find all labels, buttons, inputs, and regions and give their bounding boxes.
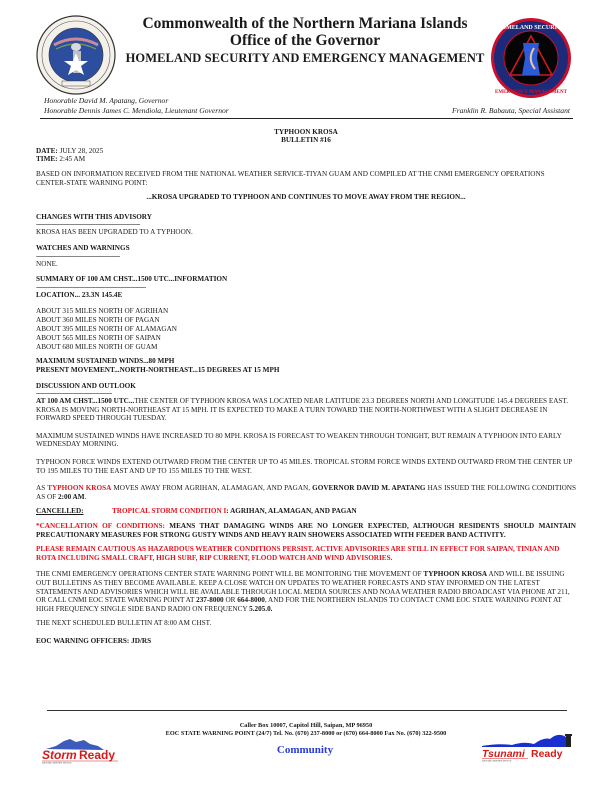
footer-divider xyxy=(47,710,567,711)
letterhead: Commonwealth of the Northern Mariana Isl… xyxy=(0,0,612,122)
changes-text: KROSA HAS BEEN UPGRADED TO A TYPHOON. xyxy=(36,228,576,237)
svg-text:Ready: Ready xyxy=(531,748,563,760)
distance-item: ABOUT 315 MILES NORTH OF AGRIHAN xyxy=(36,307,576,316)
monitoring-text: THE CNMI EMERGENCY OPERATIONS CENTER STA… xyxy=(36,570,423,578)
p4-text: MOVES AWAY FROM AGRIHAN, ALAMAGAN, AND P… xyxy=(111,484,312,492)
svg-text:NATIONAL WEATHER SERVICE: NATIONAL WEATHER SERVICE xyxy=(42,762,72,764)
footer-contact: EOC STATE WARNING POINT (24/7) Tel. No. … xyxy=(100,730,512,738)
cancelled-islands: : AGRIHAN, ALAMAGAN, AND PAGAN xyxy=(226,507,356,515)
present-movement: PRESENT MOVEMENT...NORTH-NORTHEAST...15 … xyxy=(36,366,576,375)
radio-frequency: 5.205.0. xyxy=(249,605,272,613)
discussion-underline: ----------------------------------------… xyxy=(36,390,112,397)
lt-governor-name: Honorable Dennis James C. Mendiola, Lieu… xyxy=(44,106,229,116)
governor-highlight: GOVERNOR DAVID M. APATANG xyxy=(312,484,425,492)
homeland-security-seal-icon: HOMELAND SECURITY EMERGENCY MANAGEMENT xyxy=(490,17,572,99)
cnmi-seal-icon xyxy=(36,15,116,95)
footer-address: Caller Box 10007, Capitol Hill, Saipan, … xyxy=(100,722,512,730)
summary-underline: ----------------------------------------… xyxy=(36,284,228,291)
discussion-p3: TYPHOON FORCE WINDS EXTEND OUTWARD FROM … xyxy=(36,458,576,475)
phone-secondary: 664-8000 xyxy=(237,596,265,604)
footer-community: Community xyxy=(200,744,410,756)
distance-item: ABOUT 680 MILES NORTH OF GUAM xyxy=(36,343,576,352)
watches-text: NONE. xyxy=(36,260,576,269)
changes-underline: ----------------------------------------… xyxy=(36,221,140,228)
header-divider xyxy=(40,118,573,119)
distance-item: ABOUT 360 MILES NORTH OF PAGAN xyxy=(36,316,576,325)
special-assistant-name: Franklin R. Babauta, Special Assistant xyxy=(452,106,570,116)
cancellation-note: *CANCELLATION OF CONDITIONS: MEANS THAT … xyxy=(36,522,576,539)
svg-text:EMERGENCY MANAGEMENT: EMERGENCY MANAGEMENT xyxy=(495,90,568,95)
discussion-p1: AT 100 AM CHST...1500 UTC...THE CENTER O… xyxy=(36,397,576,423)
bulletin-date: DATE: JULY 28, 2025 xyxy=(36,147,576,156)
watches-underline: ----------------------------------------… xyxy=(36,253,120,260)
date-value: JULY 28, 2025 xyxy=(60,147,104,155)
monitoring-paragraph: THE CNMI EMERGENCY OPERATIONS CENTER STA… xyxy=(36,570,576,613)
distance-item: ABOUT 395 MILES NORTH OF ALAMAGAN xyxy=(36,325,576,334)
cancelled-condition: TROPICAL STORM CONDITION I xyxy=(112,507,226,515)
summary-location: LOCATION... 23.3N 145.4E xyxy=(36,291,576,300)
tsunami-ready-logo-icon: Tsunami Ready NATIONAL WEATHER SERVICE xyxy=(478,733,578,763)
conditions-time: 2:00 AM xyxy=(58,493,85,501)
monitoring-storm: TYPHOON KROSA xyxy=(423,570,487,578)
svg-text:NATIONAL WEATHER SERVICE: NATIONAL WEATHER SERVICE xyxy=(482,760,512,763)
header-department: HOMELAND SECURITY AND EMERGENCY MANAGEME… xyxy=(120,49,490,67)
watches-title: WATCHES AND WARNINGS xyxy=(36,244,576,253)
warning-officers: EOC WARNING OFFICERS: JD/RS xyxy=(36,637,576,646)
footer-address-block: Caller Box 10007, Capitol Hill, Saipan, … xyxy=(100,722,512,738)
phone-primary: 237-8000 xyxy=(196,596,224,604)
storm-name: TYPHOON KROSA xyxy=(47,484,111,492)
discussion-p4: AS TYPHOON KROSA MOVES AWAY FROM AGRIHAN… xyxy=(36,484,576,501)
header-commonwealth: Commonwealth of the Northern Mariana Isl… xyxy=(120,15,490,32)
caution-notice: PLEASE REMAIN CAUTIOUS AS HAZARDOUS WEAT… xyxy=(36,545,576,562)
discussion-p1-lead: AT 100 AM CHST...1500 UTC... xyxy=(36,397,134,405)
changes-title: CHANGES WITH THIS ADVISORY xyxy=(36,213,576,222)
time-value: 2:45 AM xyxy=(59,155,85,163)
p4-text: AS xyxy=(36,484,47,492)
discussion-title: DISCUSSION AND OUTLOOK xyxy=(36,382,576,391)
cancellation-lead: *CANCELLATION OF CONDITIONS: xyxy=(36,522,165,530)
bulletin-number: BULLETIN #16 xyxy=(36,136,576,144)
headline: ...KROSA UPGRADED TO TYPHOON AND CONTINU… xyxy=(36,193,576,202)
time-label: TIME: xyxy=(36,155,58,163)
max-winds: MAXIMUM SUSTAINED WINDS...80 MPH xyxy=(36,357,576,366)
distance-list: ABOUT 315 MILES NORTH OF AGRIHAN ABOUT 3… xyxy=(36,307,576,351)
officials-governor: Honorable David M. Apatang, Governor Hon… xyxy=(44,96,229,116)
next-bulletin: THE NEXT SCHEDULED BULLETIN AT 8:00 AM C… xyxy=(36,619,576,628)
cancelled-label: CANCELLED: xyxy=(36,507,82,516)
bulletin-body: TYPHOON KROSA BULLETIN #16 DATE: JULY 28… xyxy=(36,128,576,646)
bulletin-time: TIME: 2:45 AM xyxy=(36,155,576,164)
distance-item: ABOUT 565 MILES NORTH OF SAIPAN xyxy=(36,334,576,343)
svg-text:Ready: Ready xyxy=(79,748,115,762)
cancelled-row: CANCELLED:TROPICAL STORM CONDITION I: AG… xyxy=(36,507,576,516)
svg-text:Storm: Storm xyxy=(42,748,77,762)
p4-text: . xyxy=(85,493,87,501)
header-office: Office of the Governor xyxy=(120,32,490,49)
summary-title: SUMMARY OF 100 AM CHST...1500 UTC...INFO… xyxy=(36,275,576,284)
intro-text: BASED ON INFORMATION RECEIVED FROM THE N… xyxy=(36,170,576,187)
discussion-p2: MAXIMUM SUSTAINED WINDS HAVE INCREASED T… xyxy=(36,432,576,449)
monitoring-text: OR xyxy=(224,596,238,604)
svg-text:HOMELAND SECURITY: HOMELAND SECURITY xyxy=(497,25,566,31)
storm-ready-logo-icon: Storm Ready NATIONAL WEATHER SERVICE xyxy=(40,734,122,764)
date-label: DATE: xyxy=(36,147,58,155)
governor-name: Honorable David M. Apatang, Governor xyxy=(44,96,229,106)
bulletin-title: TYPHOON KROSA xyxy=(36,128,576,136)
